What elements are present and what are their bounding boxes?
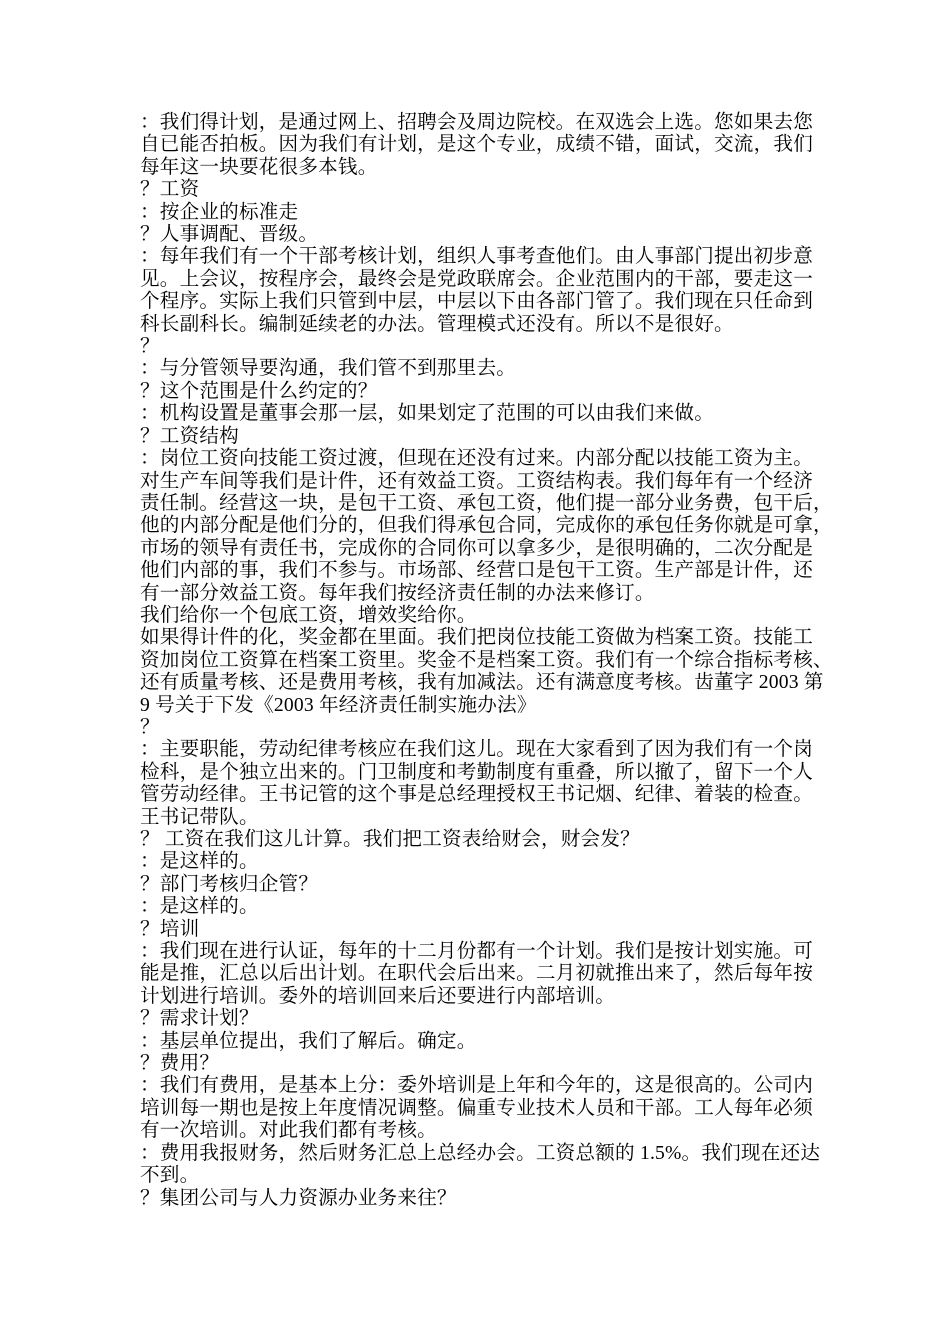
- text-line: 王书记带队。: [140, 807, 840, 829]
- text-line: ：我们现在进行认证，每年的十二月份都有一个计划。我们是按计划实施。可: [140, 941, 840, 963]
- text-line: 自已能否拍板。因为我们有计划，是这个专业，成绩不错，面试，交流，我们: [140, 134, 840, 156]
- text-line: ？工资: [140, 179, 840, 201]
- text-line: ：是这样的。: [140, 851, 840, 873]
- text-line: ：是这样的。: [140, 896, 840, 918]
- text-line: ？: [140, 336, 840, 358]
- text-line: 科长副科长。编制延续老的办法。管理模式还没有。所以不是很好。: [140, 314, 840, 336]
- text-line: 他的内部分配是他们分的，但我们得承包合同，完成你的承包任务你就是可拿，: [140, 515, 840, 537]
- text-line: 我们给你一个包底工资，增效奖给你。: [140, 605, 840, 627]
- text-line: ：每年我们有一个干部考核计划，组织人事考查他们。由人事部门提出初步意: [140, 246, 840, 268]
- text-line: 有一部分效益工资。每年我们按经济责任制的办法来修订。: [140, 583, 840, 605]
- text-line: ？培训: [140, 919, 840, 941]
- text-line: ？需求计划？: [140, 1008, 840, 1030]
- text-line: 还有质量考核、还是费用考核，我有加减法。还有满意度考核。齿董字 2003 第: [140, 672, 840, 694]
- text-line: ：岗位工资向技能工资过渡，但现在还没有过来。内部分配以技能工资为主。: [140, 448, 840, 470]
- text-line: ？集团公司与人力资源办业务来往？: [140, 1188, 840, 1210]
- text-line: ：与分管领导要沟通，我们管不到那里去。: [140, 358, 840, 380]
- text-line: 责任制。经营这一块，是包干工资、承包工资，他们提一部分业务费，包干后，: [140, 493, 840, 515]
- document-page: ：我们得计划，是通过网上、招聘会及周边院校。在双选会上选。您如果去您 自已能否拍…: [0, 0, 950, 1344]
- text-line: ：费用我报财务，然后财务汇总上总经办会。工资总额的 1.5%。我们现在还达: [140, 1143, 840, 1165]
- text-line: 每年这一块要花很多本钱。: [140, 157, 840, 179]
- text-line: ？人事调配、晋级。: [140, 224, 840, 246]
- text-line: 对生产车间等我们是计件，还有效益工资。工资结构表。我们每年有一个经济: [140, 471, 840, 493]
- text-line: ？部门考核归企管？: [140, 874, 840, 896]
- text-line: ：我们得计划，是通过网上、招聘会及周边院校。在双选会上选。您如果去您: [140, 112, 840, 134]
- text-line: 个程序。实际上我们只管到中层，中层以下由各部门管了。我们现在只任命到: [140, 291, 840, 313]
- text-line: 培训每一期也是按上年度情况调整。偏重专业技术人员和干部。工人每年必须: [140, 1098, 840, 1120]
- text-line: 资加岗位工资算在档案工资里。奖金不是档案工资。我们有一个综合指标考核、: [140, 650, 840, 672]
- text-line: ：按企业的标准走: [140, 202, 840, 224]
- text-line: 管劳动经律。王书记管的这个事是总经理授权王书记烟、纪律、着装的检查。: [140, 784, 840, 806]
- text-line: ：机构设置是董事会那一层，如果划定了范围的可以由我们来做。: [140, 403, 840, 425]
- text-line: ？工资结构: [140, 426, 840, 448]
- text-line: 9 号关于下发《2003 年经济责任制实施办法》: [140, 695, 840, 717]
- text-line: 计划进行培训。委外的培训回来后还要进行内部培训。: [140, 986, 840, 1008]
- text-line: ：基层单位提出，我们了解后。确定。: [140, 1031, 840, 1053]
- text-line: 不到。: [140, 1165, 840, 1187]
- text-line: ？费用？: [140, 1053, 840, 1075]
- text-line: ：我们有费用，是基本上分：委外培训是上年和今年的，这是很高的。公司内: [140, 1075, 840, 1097]
- text-line: ？这个范围是什么约定的？: [140, 381, 840, 403]
- text-line: 见。上会议，按程序会，最终会是党政联席会。企业范围内的干部，要走这一: [140, 269, 840, 291]
- text-line: 他们内部的事，我们不参与。市场部、经营口是包干工资。生产部是计件，还: [140, 560, 840, 582]
- text-line: ：主要职能，劳动纪律考核应在我们这儿。现在大家看到了因为我们有一个岗: [140, 739, 840, 761]
- text-line: 市场的领导有责任书，完成你的合同你可以拿多少，是很明确的，二次分配是: [140, 538, 840, 560]
- text-line: 有一次培训。对此我们都有考核。: [140, 1120, 840, 1142]
- text-line: ？: [140, 717, 840, 739]
- document-text-block: ：我们得计划，是通过网上、招聘会及周边院校。在双选会上选。您如果去您 自已能否拍…: [140, 112, 840, 1210]
- text-line: 能是推，汇总以后出计划。在职代会后出来。二月初就推出来了，然后每年按: [140, 963, 840, 985]
- text-line: 如果得计件的化，奖金都在里面。我们把岗位技能工资做为档案工资。技能工: [140, 627, 840, 649]
- text-line: 检科，是个独立出来的。门卫制度和考勤制度有重叠，所以撤了，留下一个人: [140, 762, 840, 784]
- text-line: ？ 工资在我们这儿计算。我们把工资表给财会，财会发？: [140, 829, 840, 851]
